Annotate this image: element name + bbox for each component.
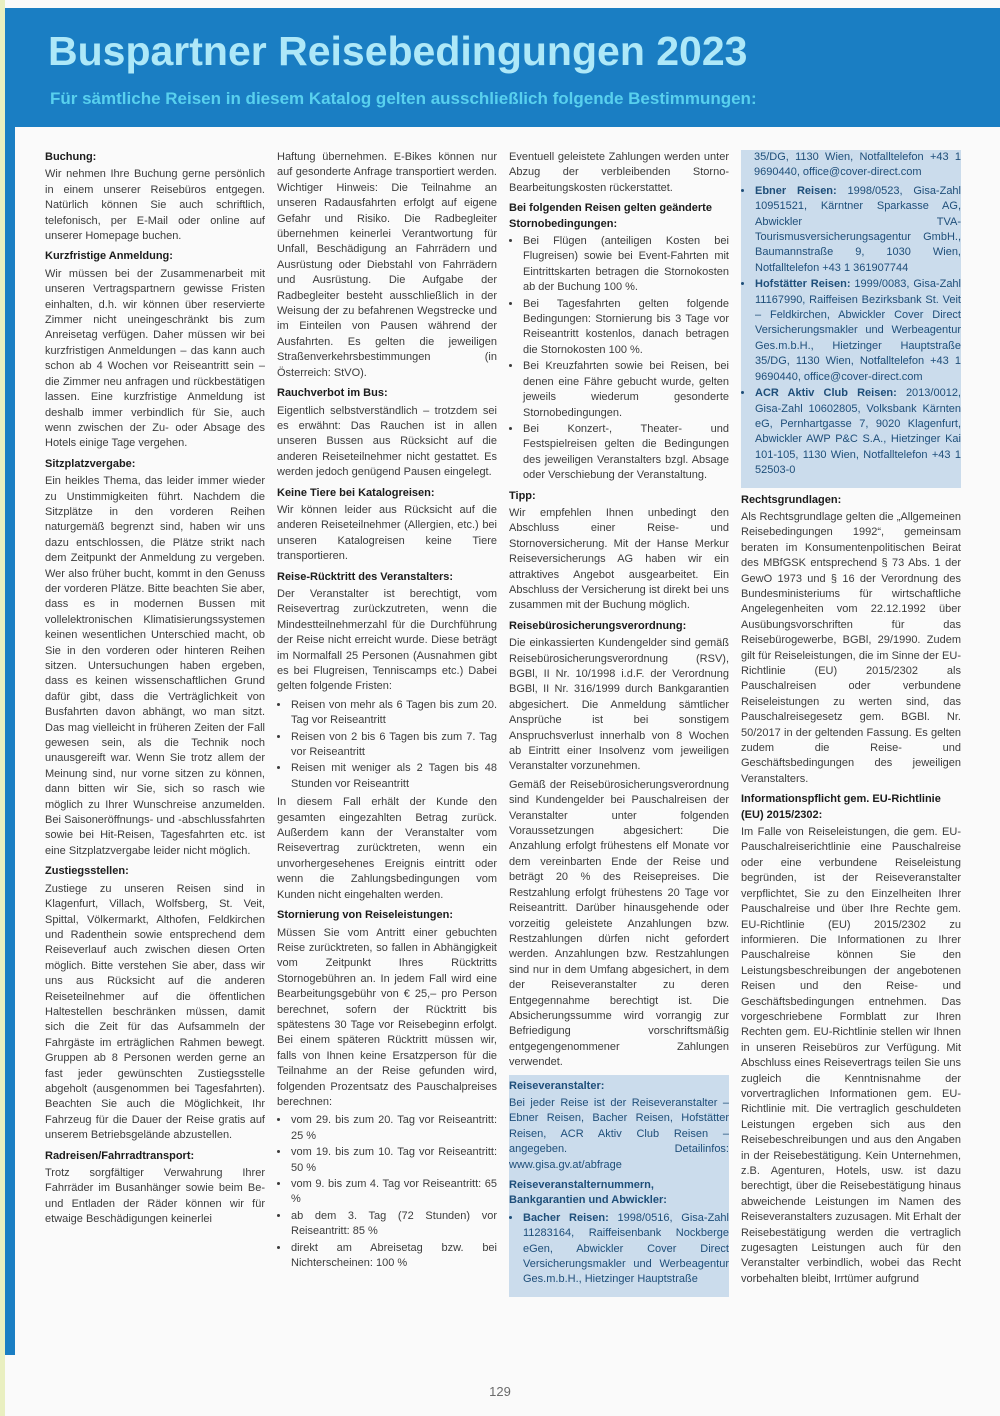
paragraph: Eigentlich selbstverständlich – trotzdem…: [277, 404, 497, 481]
paragraph: Haftung übernehmen. E-Bikes können nur a…: [277, 150, 497, 381]
section-heading: Reisebürosicherungsverordnung:: [509, 619, 729, 634]
paragraph: Zustiege zu unseren Reisen sind in Klage…: [45, 882, 265, 1144]
paragraph: Als Rechtsgrundlage gelten die „Allgemei…: [741, 510, 961, 787]
section-heading: Rauchverbot im Bus:: [277, 386, 497, 401]
paragraph: Der Veranstalter ist berechtigt, vom Rei…: [277, 587, 497, 695]
bullet-list: Ebner Reisen: 1998/0523, Gisa-Zahl 10951…: [741, 184, 961, 479]
bullet-item: Bei Kreuzfahrten sowie bei Reisen, bei d…: [522, 359, 729, 421]
paragraph: Wir nehmen Ihre Buchung gerne persönlich…: [45, 167, 265, 244]
paragraph: Gemäß der Reisebürosicherungsverordnung …: [509, 778, 729, 1071]
section-heading: Radreisen/Fahrradtransport:: [45, 1149, 265, 1164]
left-accent-bar: [5, 127, 15, 1355]
bullet-item: Bacher Reisen: 1998/0516, Gisa-Zahl 1128…: [522, 1211, 729, 1288]
column-4: 35/DG, 1130 Wien, Notfalltelefon +43 1 9…: [741, 150, 961, 1382]
paragraph: Bei jeder Reise ist der Reiseveranstalte…: [509, 1096, 729, 1173]
bullet-item: Reisen von mehr als 6 Tagen bis zum 20. …: [290, 698, 497, 729]
column-1: Buchung:Wir nehmen Ihre Buchung gerne pe…: [45, 150, 265, 1382]
bullet-list: Reisen von mehr als 6 Tagen bis zum 20. …: [277, 698, 497, 792]
header-band: Buspartner Reisebedingungen 2023 Für säm…: [5, 8, 1000, 127]
column-3: Eventuell geleistete Zahlungen werden un…: [509, 150, 729, 1382]
paragraph: In diesem Fall erhält der Kunde den gesa…: [277, 795, 497, 903]
section-heading: Keine Tiere bei Katalogreisen:: [277, 486, 497, 501]
bullet-item: Reisen von 2 bis 6 Tagen bis zum 7. Tag …: [290, 730, 497, 761]
bullet-item: Bei Konzert-, Theater- und Festspielreis…: [522, 422, 729, 484]
paragraph: Wir empfehlen Ihnen unbedingt den Abschl…: [509, 506, 729, 614]
page-number: 129: [0, 1384, 1000, 1399]
bullet-item: Bei Tagesfahrten gelten folgende Bedingu…: [522, 297, 729, 359]
bullet-list: Bei Flügen (anteiligen Kosten bei Flugre…: [509, 234, 729, 484]
section-heading: Reiseveranstalter:: [509, 1079, 729, 1094]
bullet-list: Bacher Reisen: 1998/0516, Gisa-Zahl 1128…: [509, 1211, 729, 1288]
section-heading: Stornierung von Reiseleistungen:: [277, 908, 497, 923]
section-heading: Sitzplatzvergabe:: [45, 457, 265, 472]
bullet-item: vom 29. bis zum 20. Tag vor Reiseantritt…: [290, 1113, 497, 1144]
section-heading: Tipp:: [509, 489, 729, 504]
section-heading: Reise-Rücktritt des Veranstalters:: [277, 570, 497, 585]
section-heading: Bei folgenden Reisen gelten geänderte St…: [509, 201, 729, 232]
section-heading: Zustiegsstellen:: [45, 864, 265, 879]
bullet-item: ACR Aktiv Club Reisen: 2013/0012, Gisa-Z…: [754, 386, 961, 478]
highlight-box: 35/DG, 1130 Wien, Notfalltelefon +43 1 9…: [741, 150, 961, 488]
bullet-list: vom 29. bis zum 20. Tag vor Reiseantritt…: [277, 1113, 497, 1271]
paragraph: Die einkassierten Kundengelder sind gemä…: [509, 636, 729, 775]
bullet-lead: Ebner Reisen:: [755, 185, 847, 197]
columns: Buchung:Wir nehmen Ihre Buchung gerne pe…: [45, 150, 961, 1382]
bullet-item: Bei Flügen (anteiligen Kosten bei Flugre…: [522, 234, 729, 296]
paragraph: Wir müssen bei der Zusammenarbeit mit un…: [45, 267, 265, 452]
bullet-lead: ACR Aktiv Club Reisen:: [755, 387, 906, 399]
section-heading: Reiseveranstalternummern, Bankgarantien …: [509, 1178, 729, 1209]
page-title: Buspartner Reisebedingungen 2023: [48, 28, 747, 75]
paragraph: 35/DG, 1130 Wien, Notfalltelefon +43 1 9…: [741, 150, 961, 181]
section-heading: Rechtsgrundlagen:: [741, 493, 961, 508]
bullet-item: direkt am Abreisetag bzw. bei Nichtersch…: [290, 1241, 497, 1272]
section-heading: Informationspflicht gem. EU-Richtlinie (…: [741, 792, 961, 823]
paragraph: Wir können leider aus Rücksicht auf die …: [277, 503, 497, 565]
section-heading: Buchung:: [45, 150, 265, 165]
bullet-item: vom 19. bis zum 10. Tag vor Reiseantritt…: [290, 1145, 497, 1176]
paragraph: Eventuell geleistete Zahlungen werden un…: [509, 150, 729, 196]
paragraph: Trotz sorgfältiger Verwahrung Ihrer Fahr…: [45, 1166, 265, 1228]
highlight-box: Reiseveranstalter:Bei jeder Reise ist de…: [509, 1075, 729, 1297]
bullet-item: ab dem 3. Tag (72 Stunden) vor Reiseantr…: [290, 1209, 497, 1240]
paragraph: Ein heikles Thema, das leider immer wied…: [45, 474, 265, 859]
bullet-item: Reisen mit weniger als 2 Tagen bis 48 St…: [290, 761, 497, 792]
paragraph: Im Falle von Reiseleistungen, die gem. E…: [741, 825, 961, 1287]
page-subtitle: Für sämtliche Reisen in diesem Katalog g…: [50, 89, 757, 109]
paragraph: Müssen Sie vom Antritt einer gebuchten R…: [277, 926, 497, 1111]
bullet-item: Ebner Reisen: 1998/0523, Gisa-Zahl 10951…: [754, 184, 961, 276]
bullet-lead: Bacher Reisen:: [523, 1212, 618, 1224]
bullet-item: vom 9. bis zum 4. Tag vor Reiseantritt: …: [290, 1177, 497, 1208]
bullet-item: Hofstätter Reisen: 1999/0083, Gisa-Zahl …: [754, 277, 961, 385]
column-2: Haftung übernehmen. E-Bikes können nur a…: [277, 150, 497, 1382]
bullet-lead: Hofstätter Reisen:: [755, 278, 854, 290]
section-heading: Kurzfristige Anmeldung:: [45, 249, 265, 264]
